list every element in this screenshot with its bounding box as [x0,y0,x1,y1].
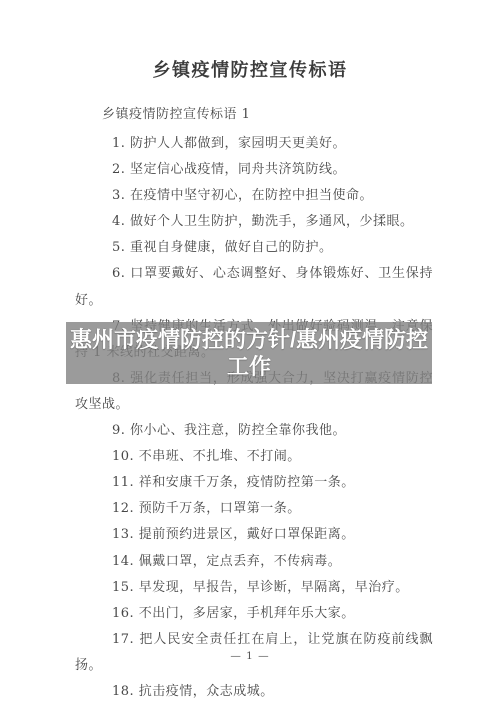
list-item: 16. 不出门，多居家，手机拜年乐大家。 [75,601,433,627]
list-item: 15. 早发现，早报告，早诊断，早隔离，早治疗。 [75,575,433,601]
caption-title: 惠州市疫情防控的方针/惠州疫情防控工作 [66,326,432,381]
list-item: 14. 佩戴口罩，定点丢弃，不传病毒。 [75,549,433,575]
slogan-list: 1. 防护人人都做到，家园明天更美好。 2. 坚定信心战疫情，同舟共济筑防线。 … [75,131,433,705]
list-item: 18. 抗击疫情，众志成城。 [75,679,433,705]
list-item: 1. 防护人人都做到，家园明天更美好。 [75,131,433,157]
list-item: 9. 你小心、我注意，防控全靠你我他。 [75,418,433,444]
page-number: — 1 — [0,650,500,662]
list-item: 6. 口罩要戴好、心态调整好、身体锻炼好、卫生保持好。 [75,261,433,313]
list-item: 12. 预防千万条，口罩第一条。 [75,496,433,522]
list-item: 10. 不串班、不扎堆、不打闹。 [75,444,433,470]
list-item: 13. 提前预约进景区，戴好口罩保距离。 [75,522,433,548]
list-item: 4. 做好个人卫生防护，勤洗手，多通风，少揉眼。 [75,209,433,235]
document-title: 乡镇疫情防控宣传标语 [0,56,500,82]
document-page: 乡镇疫情防控宣传标语 乡镇疫情防控宣传标语 1 1. 防护人人都做到，家园明天更… [0,0,500,706]
list-item: 2. 坚定信心战疫情，同舟共济筑防线。 [75,157,433,183]
section-heading: 乡镇疫情防控宣传标语 1 [102,103,250,122]
list-item: 11. 祥和安康千万条，疫情防控第一条。 [75,470,433,496]
list-item: 5. 重视自身健康，做好自己的防护。 [75,235,433,261]
caption-overlay: 惠州市疫情防控的方针/惠州疫情防控工作 [66,322,432,384]
list-item: 3. 在疫情中坚守初心，在防控中担当使命。 [75,183,433,209]
